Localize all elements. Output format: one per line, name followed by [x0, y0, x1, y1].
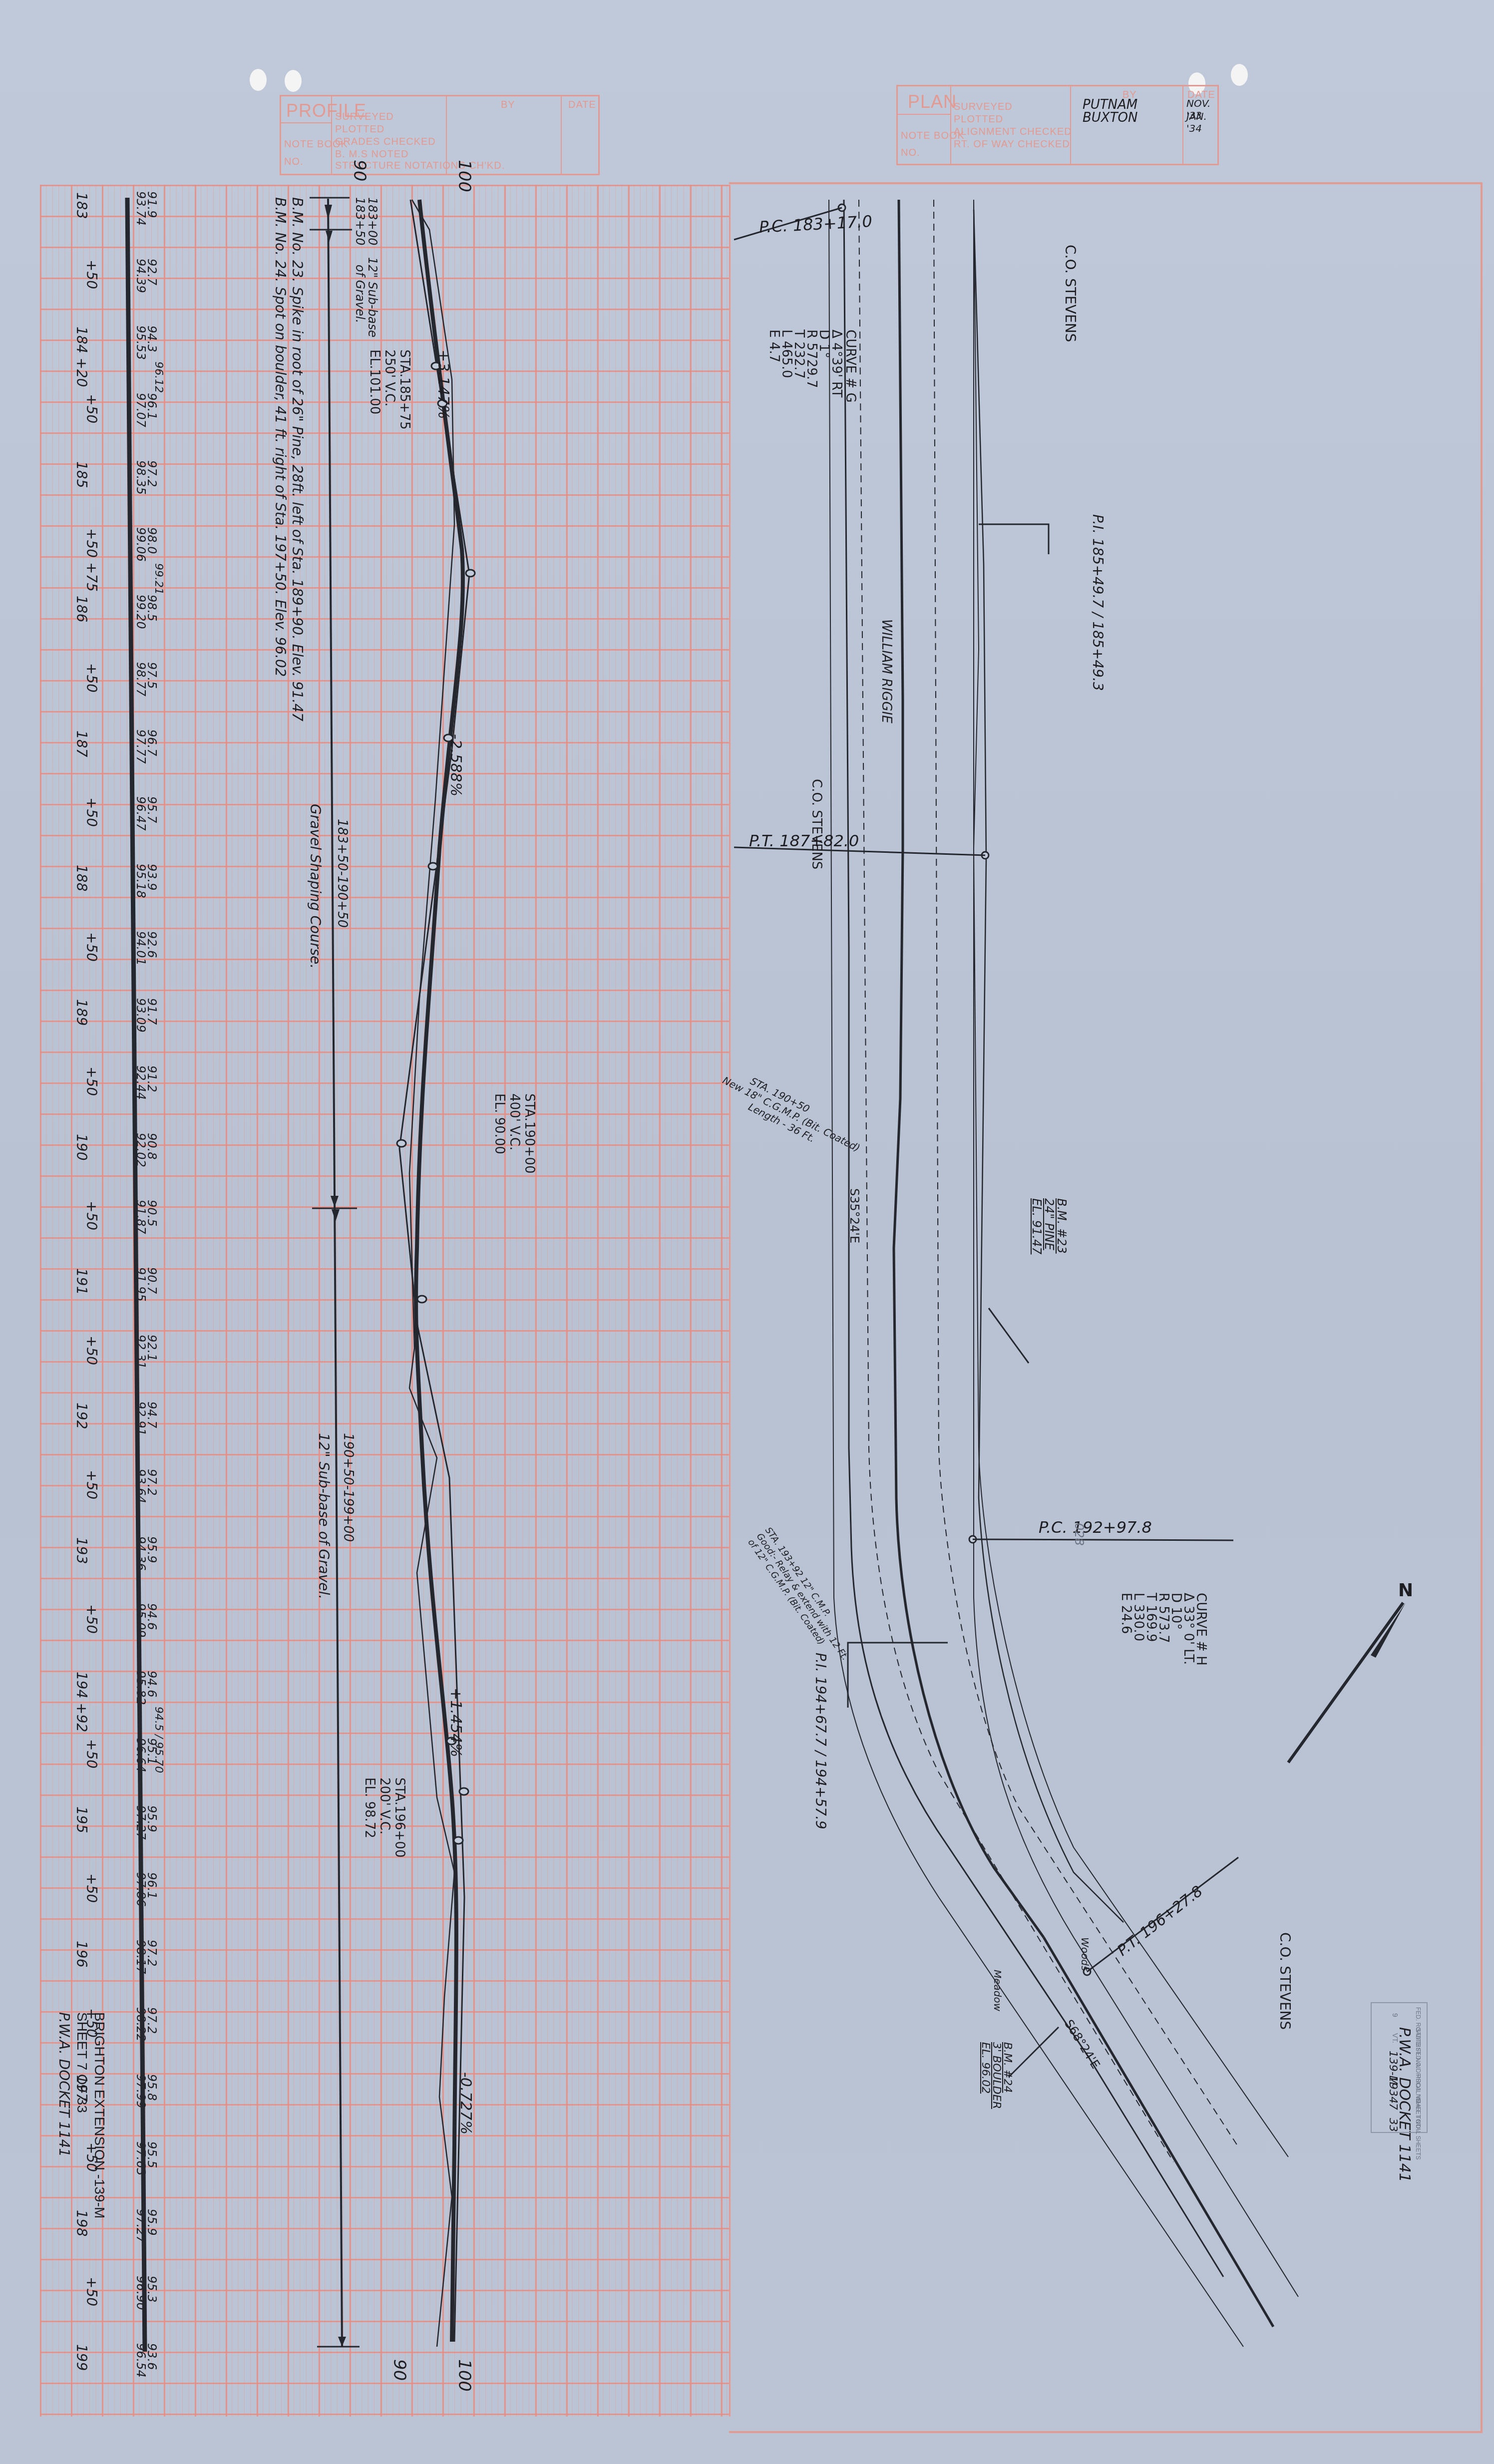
gravel-text: Gravel Shaping Course.: [307, 804, 324, 969]
vc-length: 400' V.C.: [507, 1093, 522, 1150]
bm-title: B.M. #24: [1001, 2042, 1014, 2093]
subbase-2-range: 190+50-199+00: [341, 1433, 356, 1542]
grade-label-4: -0.727%: [457, 2072, 474, 2134]
bm-object: 24" PINE: [1042, 1198, 1056, 1250]
stamp-value: 33: [1387, 2118, 1399, 2132]
subbase-2-text: 12" Sub-base of Gravel.: [316, 1433, 332, 1599]
bm-elevation: EL. 96.02: [979, 2042, 992, 2094]
subbase-1-sta-b: 183+50: [353, 197, 367, 245]
gravel-range: 183+50-190+50: [335, 819, 350, 928]
owner-label: C.O. STEVENS: [1277, 1932, 1293, 2030]
federal-aid-stamp: FED. ROAD DIST. NO. STATE FED. AID PROJ.…: [1371, 2002, 1428, 2133]
vc-station: STA.185+75: [397, 350, 412, 429]
grade-label-1: +3.147%: [434, 350, 452, 419]
subbase-1-text: 12" Sub-base: [366, 257, 379, 338]
bm24-note: B.M. No. 24. Spot on boulder, 41 ft. rig…: [272, 197, 289, 677]
stamp-value: VT.: [1391, 2033, 1399, 2043]
stamp-header: TOTAL SHEETS: [1415, 2115, 1422, 2159]
curve-e: E 24.6: [1119, 1593, 1133, 1634]
pi-194-label: P.I. 194+67.7 / 194+57.9: [812, 1653, 829, 1829]
bm-title: B.M. #23: [1055, 1198, 1069, 1254]
profile-datum-line: [127, 198, 145, 2352]
docket-label: P.W.A. DOCKET 1141: [56, 2012, 72, 2157]
grade-label-3: +1.454%: [447, 1688, 464, 1758]
pt-187-label: P.T. 187+82.0: [749, 831, 859, 850]
stamp-header: STATE: [1415, 2028, 1422, 2047]
vc-elevation: EL. 90.00: [492, 1093, 507, 1154]
owner-label: C.O. STEVENS: [1062, 245, 1079, 342]
stamp-value: 7: [1387, 2103, 1399, 2110]
grade-label-2: -2.588%: [447, 734, 464, 796]
subbase-1-text2: of Gravel.: [353, 265, 367, 323]
sheet-number-label: SHEET 7 OF 33: [74, 2012, 90, 2113]
vc-elevation: EL.101.00: [367, 350, 382, 414]
pc-192-label: P.C. 192+97.8: [1039, 1518, 1152, 1537]
bm23-note: B.M. No. 23. Spike in root of 26" Pine, …: [289, 197, 306, 721]
pi-185-label: P.I. 185+49.7 / 185+49.3: [1090, 514, 1106, 691]
vc-length: 200' V.C.: [377, 1777, 392, 1834]
subbase-1-sta-a: 183+00: [366, 197, 379, 245]
curve-title: CURVE # G: [843, 330, 858, 403]
project-label: BRIGHTON EXTENSION -139-M: [91, 2012, 107, 2218]
land-use-meadow: Meadow: [992, 1970, 1004, 2011]
faint-note: 028: [1072, 1523, 1086, 1546]
drawing-sheet: PROFILE NOTE BOOK NO. BY DATE SURVEYED P…: [0, 0, 1494, 2464]
owner-label: C.O. STEVENS: [809, 779, 824, 869]
vc-length: 250' V.C.: [382, 350, 397, 406]
bm-elevation: EL. 91.47: [1030, 1198, 1044, 1255]
vc-elevation: EL. 98.72: [362, 1777, 377, 1838]
north-label: N: [1398, 1580, 1413, 1601]
vc-station: STA.190+00: [522, 1093, 537, 1173]
land-use-woods: Woods: [1079, 1937, 1091, 1971]
stamp-value: 1934: [1387, 2076, 1399, 2104]
bm-object: 3' BOULDER: [990, 2042, 1003, 2109]
stamp-value: 9: [1391, 2013, 1399, 2017]
vc-station: STA.196+00: [392, 1777, 407, 1857]
owner-label: WILLIAM RIGGIE: [879, 619, 894, 723]
curve-e: E 4.7: [766, 330, 781, 362]
bearing-label: S35°24'E: [847, 1188, 861, 1243]
